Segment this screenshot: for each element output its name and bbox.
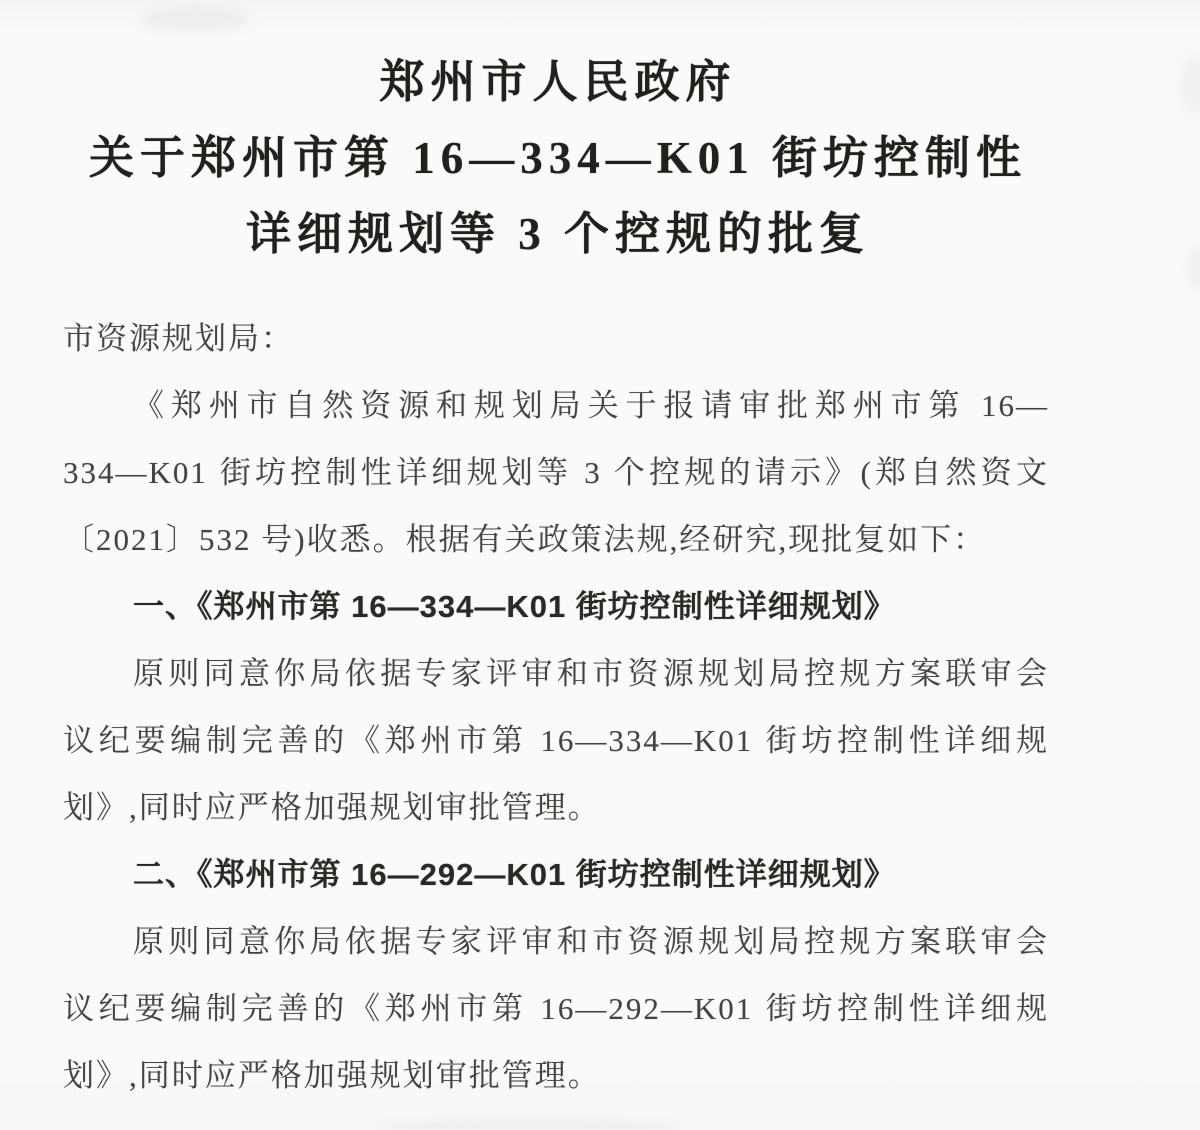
document-body: 市资源规划局： 《郑州市自然资源和规划局关于报请审批郑州市第 16— 334—K… [63,305,1049,1109]
scan-artifact [1186,245,1200,291]
title-line-subject-2: 详细规划等 3 个控规的批复 [63,196,1053,272]
intro-line-3: 〔2021〕532 号)收悉。根据有关政策法规,经研究,现批复如下： [63,506,1049,573]
intro-line-2: 334—K01 街坊控制性详细规划等 3 个控规的请示》(郑自然资文 [63,439,1049,506]
title-line-subject-1: 关于郑州市第 16—334—K01 街坊控制性 [63,120,1053,196]
section-2-line-1: 原则同意你局依据专家评审和市资源规划局控规方案联审会 [63,908,1049,975]
section-1-line-1: 原则同意你局依据专家评审和市资源规划局控规方案联审会 [63,640,1049,707]
section-2-heading: 二、《郑州市第 16—292—K01 街坊控制性详细规划》 [63,841,1049,908]
section-1-line-2: 议纪要编制完善的《郑州市第 16—334—K01 街坊控制性详细规 [63,707,1049,774]
intro-line-1: 《郑州市自然资源和规划局关于报请审批郑州市第 16— [63,372,1049,439]
scan-artifact [1180,55,1200,115]
scan-artifact [140,8,250,34]
section-2-line-2: 议纪要编制完善的《郑州市第 16—292—K01 街坊控制性详细规 [63,975,1049,1042]
section-2-line-3: 划》,同时应严格加强规划审批管理。 [63,1042,1049,1109]
scan-artifact [380,1120,680,1130]
section-1-line-3: 划》,同时应严格加强规划审批管理。 [63,774,1049,841]
salutation: 市资源规划局： [63,305,1049,372]
document-title: 郑州市人民政府 关于郑州市第 16—334—K01 街坊控制性 详细规划等 3 … [63,44,1053,272]
section-1-heading: 一、《郑州市第 16—334—K01 街坊控制性详细规划》 [63,573,1049,640]
title-line-issuer: 郑州市人民政府 [63,44,1053,120]
scanned-document-page: 郑州市人民政府 关于郑州市第 16—334—K01 街坊控制性 详细规划等 3 … [0,0,1200,1130]
